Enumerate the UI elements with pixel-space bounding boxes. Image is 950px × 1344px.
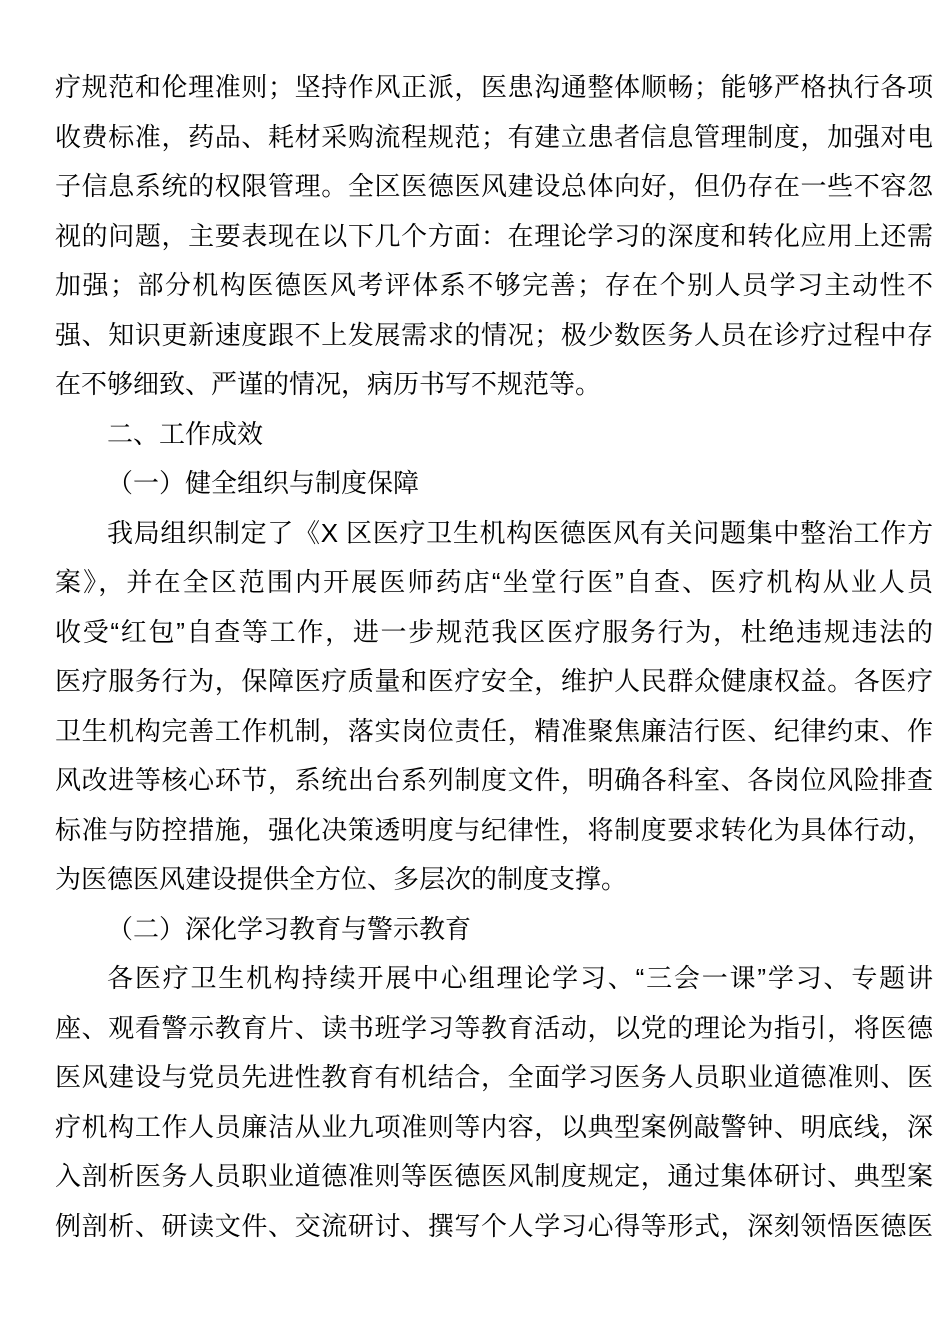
body-text-line: 我局组织制定了《X 区医疗卫生机构医德医风有关问题集中整治工作方	[55, 509, 933, 559]
body-text-line: 子信息系统的权限管理。全区医德医风建设总体向好，但仍存在一些不容忽	[55, 162, 933, 212]
body-text-line: 卫生机构完善工作机制，落实岗位责任，精准聚焦廉洁行医、纪律约束、作	[55, 707, 933, 757]
body-text-line: 标准与防控措施，强化决策透明度与纪律性，将制度要求转化为具体行动，	[55, 806, 933, 856]
body-text-line: 视的问题，主要表现在以下几个方面：在理论学习的深度和转化应用上还需	[55, 212, 933, 262]
section-heading-line: （一）健全组织与制度保障	[55, 459, 933, 509]
body-text-line: 疗规范和伦理准则；坚持作风正派，医患沟通整体顺畅；能够严格执行各项	[55, 63, 933, 113]
body-text-line: 强、知识更新速度跟不上发展需求的情况；极少数医务人员在诊疗过程中存	[55, 311, 933, 361]
body-text-line: 在不够细致、严谨的情况，病历书写不规范等。	[55, 360, 933, 410]
document-text-block: 疗规范和伦理准则；坚持作风正派，医患沟通整体顺畅；能够严格执行各项收费标准，药品…	[55, 63, 933, 1251]
body-text-line: 收费标准，药品、耗材采购流程规范；有建立患者信息管理制度，加强对电	[55, 113, 933, 163]
body-text-line: 疗机构工作人员廉洁从业九项准则等内容，以典型案例敲警钟、明底线，深	[55, 1103, 933, 1153]
body-text-line: 医风建设与党员先进性教育有机结合，全面学习医务人员职业道德准则、医	[55, 1053, 933, 1103]
body-text-line: 加强；部分机构医德医风考评体系不够完善；存在个别人员学习主动性不	[55, 261, 933, 311]
body-text-line: 例剖析、研读文件、交流研讨、撰写个人学习心得等形式，深刻领悟医德医	[55, 1202, 933, 1252]
body-text-line: 入剖析医务人员职业道德准则等医德医风制度规定，通过集体研讨、典型案	[55, 1152, 933, 1202]
body-text-line: 案》，并在全区范围内开展医师药店“坐堂行医”自查、医疗机构从业人员	[55, 558, 933, 608]
section-heading-line: 二、工作成效	[55, 410, 933, 460]
document-page: 疗规范和伦理准则；坚持作风正派，医患沟通整体顺畅；能够严格执行各项收费标准，药品…	[0, 0, 950, 1344]
body-text-line: 座、观看警示教育片、读书班学习等教育活动，以党的理论为指引，将医德	[55, 1004, 933, 1054]
body-text-line: 医疗服务行为，保障医疗质量和医疗安全，维护人民群众健康权益。各医疗	[55, 657, 933, 707]
section-heading-line: （二）深化学习教育与警示教育	[55, 905, 933, 955]
body-text-line: 风改进等核心环节，系统出台系列制度文件，明确各科室、各岗位风险排查	[55, 756, 933, 806]
body-text-line: 各医疗卫生机构持续开展中心组理论学习、“三会一课”学习、专题讲	[55, 954, 933, 1004]
body-text-line: 为医德医风建设提供全方位、多层次的制度支撑。	[55, 855, 933, 905]
body-text-line: 收受“红包”自查等工作，进一步规范我区医疗服务行为，杜绝违规违法的	[55, 608, 933, 658]
